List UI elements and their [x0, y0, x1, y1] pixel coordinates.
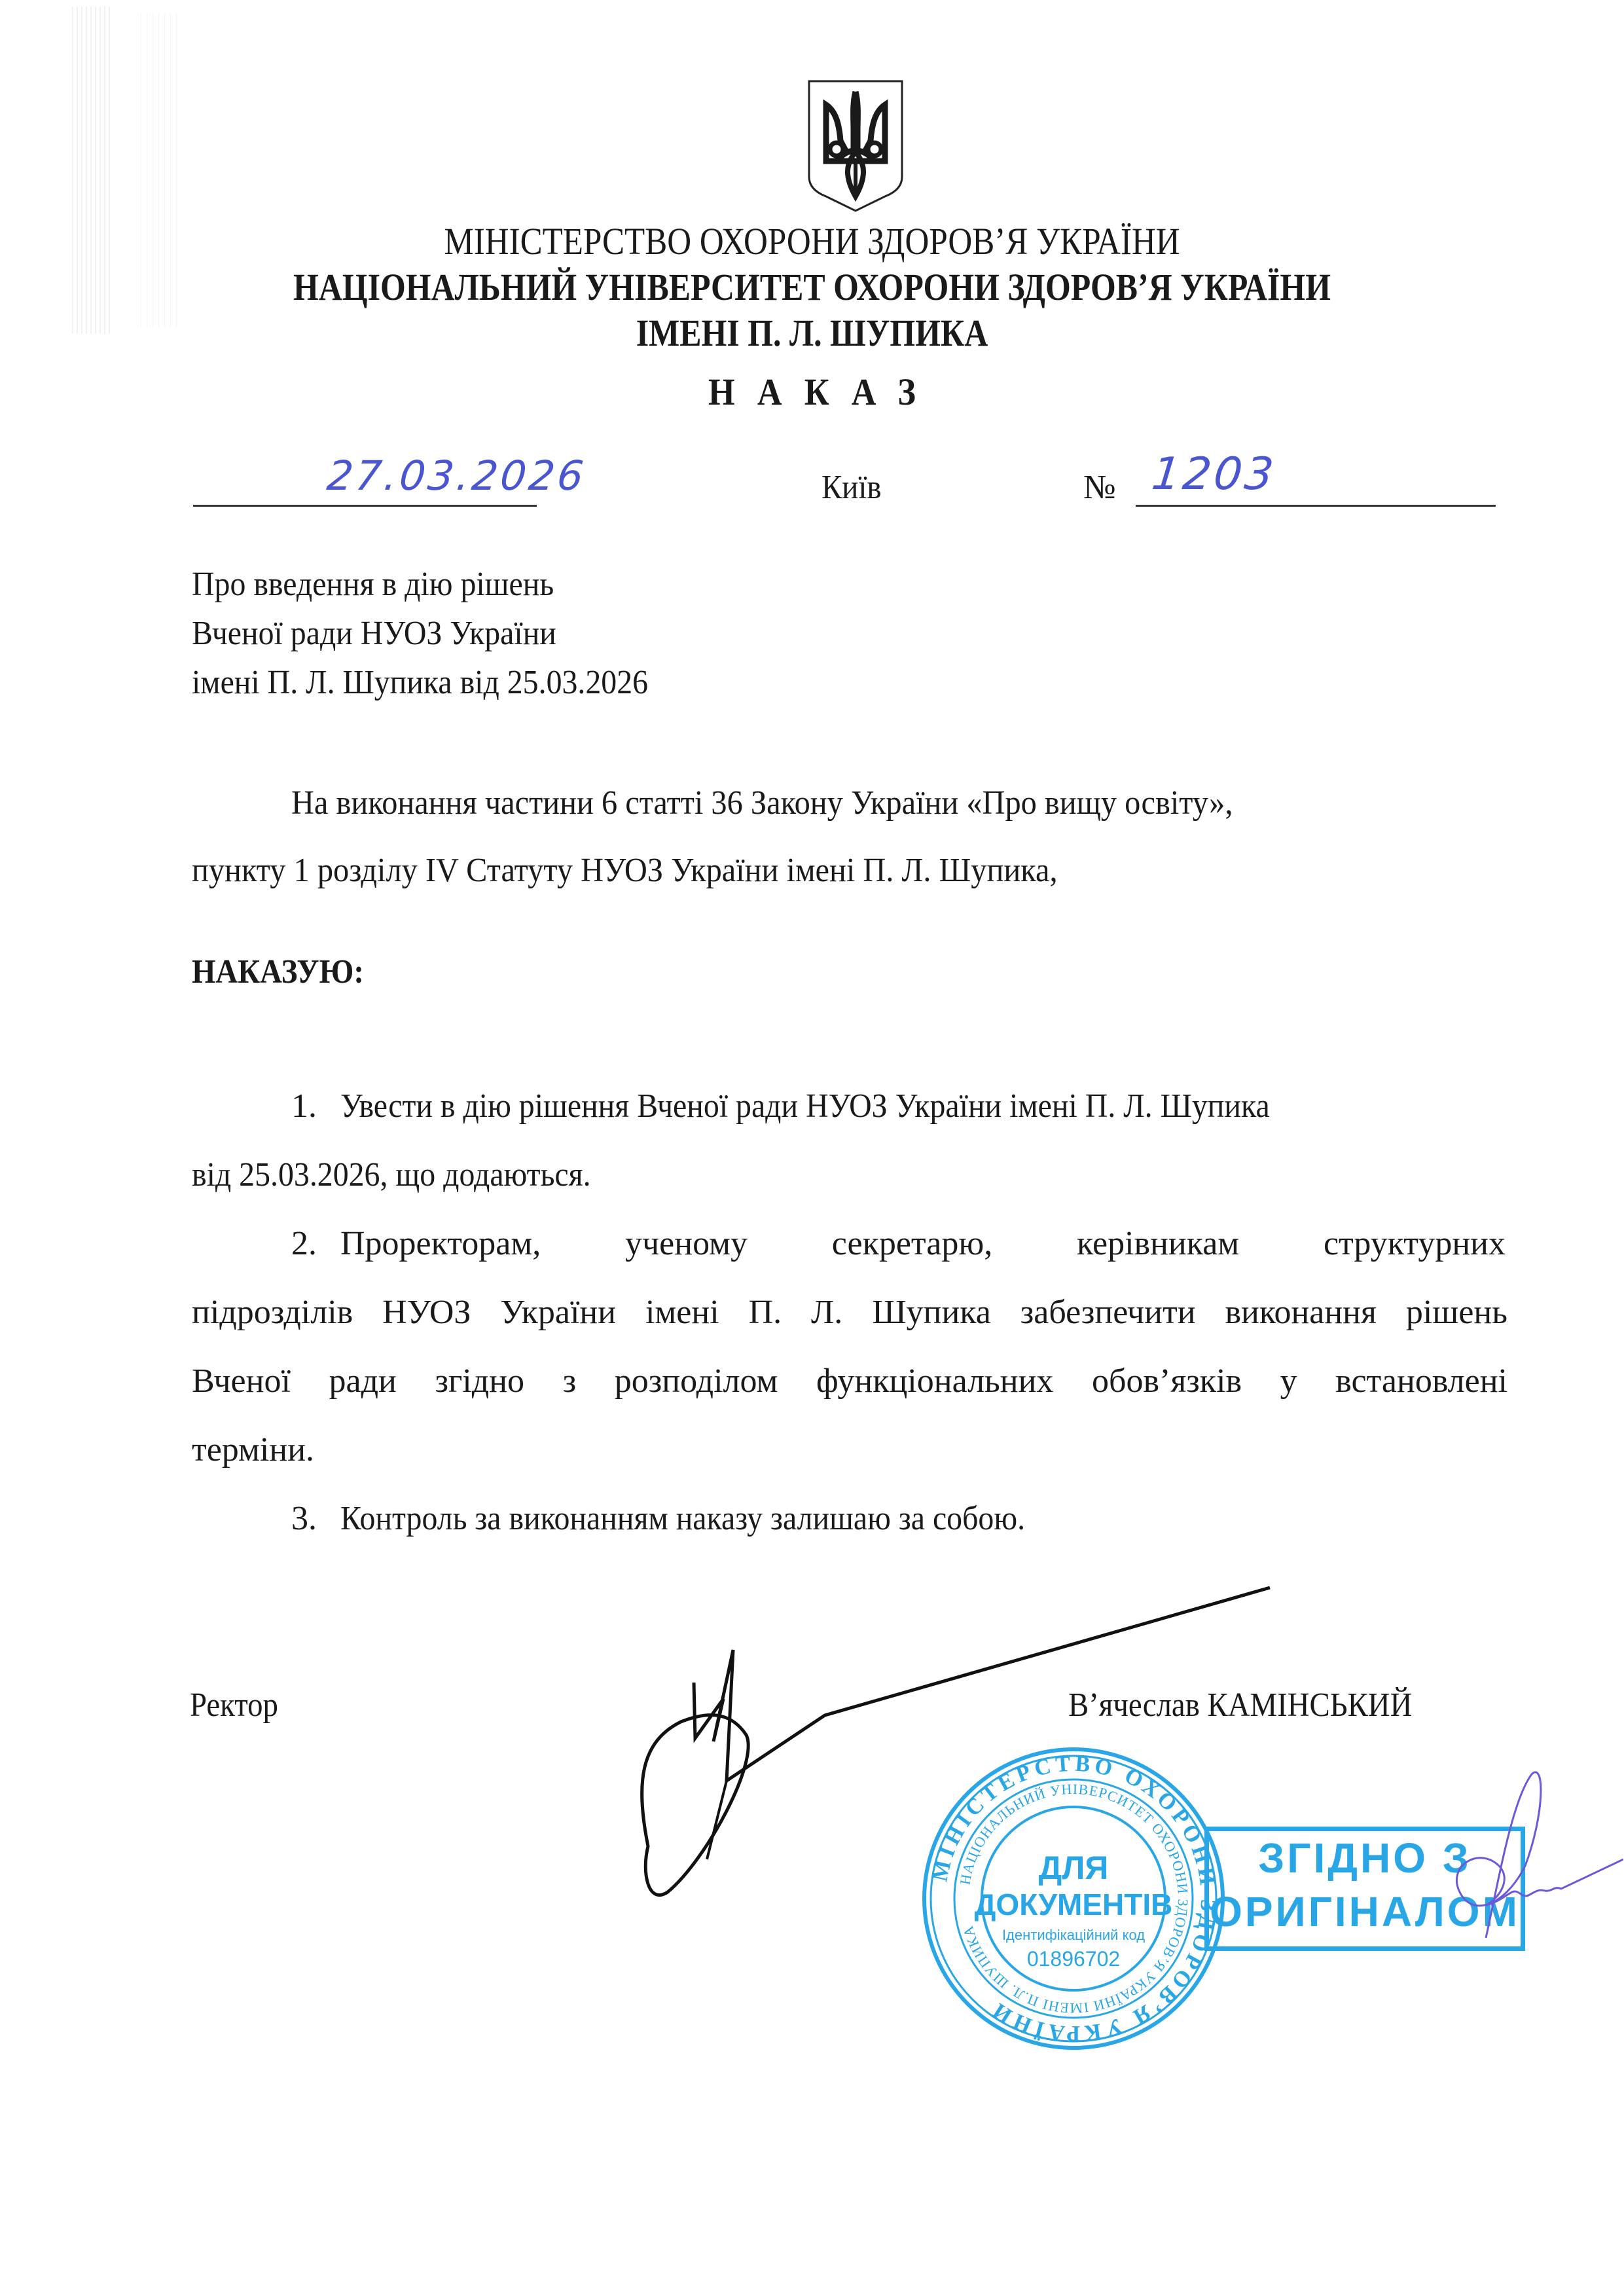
seal-center-line-1: ДЛЯ — [1039, 1850, 1109, 1886]
word: секретарю, — [832, 1224, 992, 1263]
ministry-heading: МІНІСТЕРСТВО ОХОРОНИ ЗДОРОВ’Я УКРАЇНИ — [98, 219, 1526, 263]
item-2-line: підрозділівНУОЗУкраїниіменіП.Л.Шупиказаб… — [192, 1293, 1507, 1332]
item-1-line: від 25.03.2026, що додаються. — [192, 1156, 591, 1194]
order-number: 1203 — [1149, 448, 1278, 500]
number-underline — [1136, 505, 1496, 507]
word: керівникам — [1077, 1224, 1239, 1263]
word: розподілом — [615, 1362, 778, 1400]
seal-code-label: Ідентифікаційний код — [1002, 1927, 1145, 1943]
item-number: 3. — [291, 1499, 317, 1538]
word: Шупика — [872, 1293, 991, 1332]
item-number: 1. — [291, 1087, 317, 1125]
subject-line: імені П. Л. Шупика від 25.03.2026 — [192, 658, 648, 707]
word: Л. — [811, 1293, 842, 1332]
word: ученому — [625, 1224, 748, 1263]
seal-code: 01896702 — [1027, 1947, 1120, 1971]
word: підрозділів — [192, 1293, 353, 1332]
word: забезпечити — [1020, 1293, 1196, 1332]
trident-emblem-icon — [806, 79, 905, 213]
word: у — [1280, 1362, 1297, 1400]
word: функціональних — [816, 1362, 1053, 1400]
word: ради — [329, 1362, 396, 1400]
word: П. — [749, 1293, 782, 1332]
date-underline — [193, 505, 537, 507]
word: НУОЗ — [382, 1293, 471, 1332]
word: виконання — [1225, 1293, 1377, 1332]
number-sign: № — [1083, 468, 1116, 507]
word: згідно — [435, 1362, 524, 1400]
city-label: Київ — [821, 468, 881, 507]
certifier-signature-icon — [1447, 1761, 1623, 1958]
word: імені — [645, 1293, 719, 1332]
word: структурних — [1324, 1224, 1506, 1263]
word: з — [563, 1362, 577, 1400]
order-date: 27.03.2026 — [325, 452, 588, 500]
item-2-line: терміни. — [192, 1430, 314, 1469]
word: Вченої — [192, 1362, 291, 1400]
order-subject: Про введення в дію рішень Вченої ради НУ… — [192, 560, 648, 707]
item-2-line: Вченоїрадизгіднозрозподіломфункціональни… — [192, 1362, 1507, 1400]
scan-artifact — [72, 7, 111, 334]
item-1-line: Увести в дію рішення Вченої ради НУОЗ Ук… — [340, 1087, 1270, 1125]
basis-line-2: пункту 1 розділу IV Статуту НУОЗ України… — [192, 851, 1058, 890]
document-type-title: НАКАЗ — [81, 370, 1543, 414]
item-3-line: Контроль за виконанням наказу залишаю за… — [340, 1499, 1025, 1538]
word: рішень — [1406, 1293, 1507, 1332]
item-2-line: Проректорам,ученомусекретарю,керівникамс… — [340, 1224, 1506, 1263]
order-heading: НАКАЗУЮ: — [192, 953, 364, 991]
basis-line-1: На виконання частини 6 статті 36 Закону … — [291, 784, 1233, 822]
word: встановлені — [1335, 1362, 1507, 1400]
seal-center-line-2: ДОКУМЕНТІВ — [975, 1887, 1173, 1922]
item-number: 2. — [291, 1224, 317, 1263]
word: обов’язків — [1092, 1362, 1242, 1400]
signatory-position: Ректор — [190, 1686, 278, 1724]
subject-line: Про введення в дію рішень — [192, 560, 648, 609]
university-heading: НАЦІОНАЛЬНИЙ УНІВЕРСИТЕТ ОХОРОНИ ЗДОРОВ’… — [114, 265, 1511, 309]
word: України — [500, 1293, 616, 1332]
subject-line: Вченої ради НУОЗ України — [192, 609, 648, 658]
university-name-heading: ІМЕНІ П. Л. ШУПИКА — [114, 311, 1511, 355]
word: Проректорам, — [340, 1224, 541, 1263]
university-seal-icon: МІНІСТЕРСТВО ОХОРОНИ ЗДОРОВ’Я УКРАЇНИ НА… — [920, 1745, 1227, 2052]
